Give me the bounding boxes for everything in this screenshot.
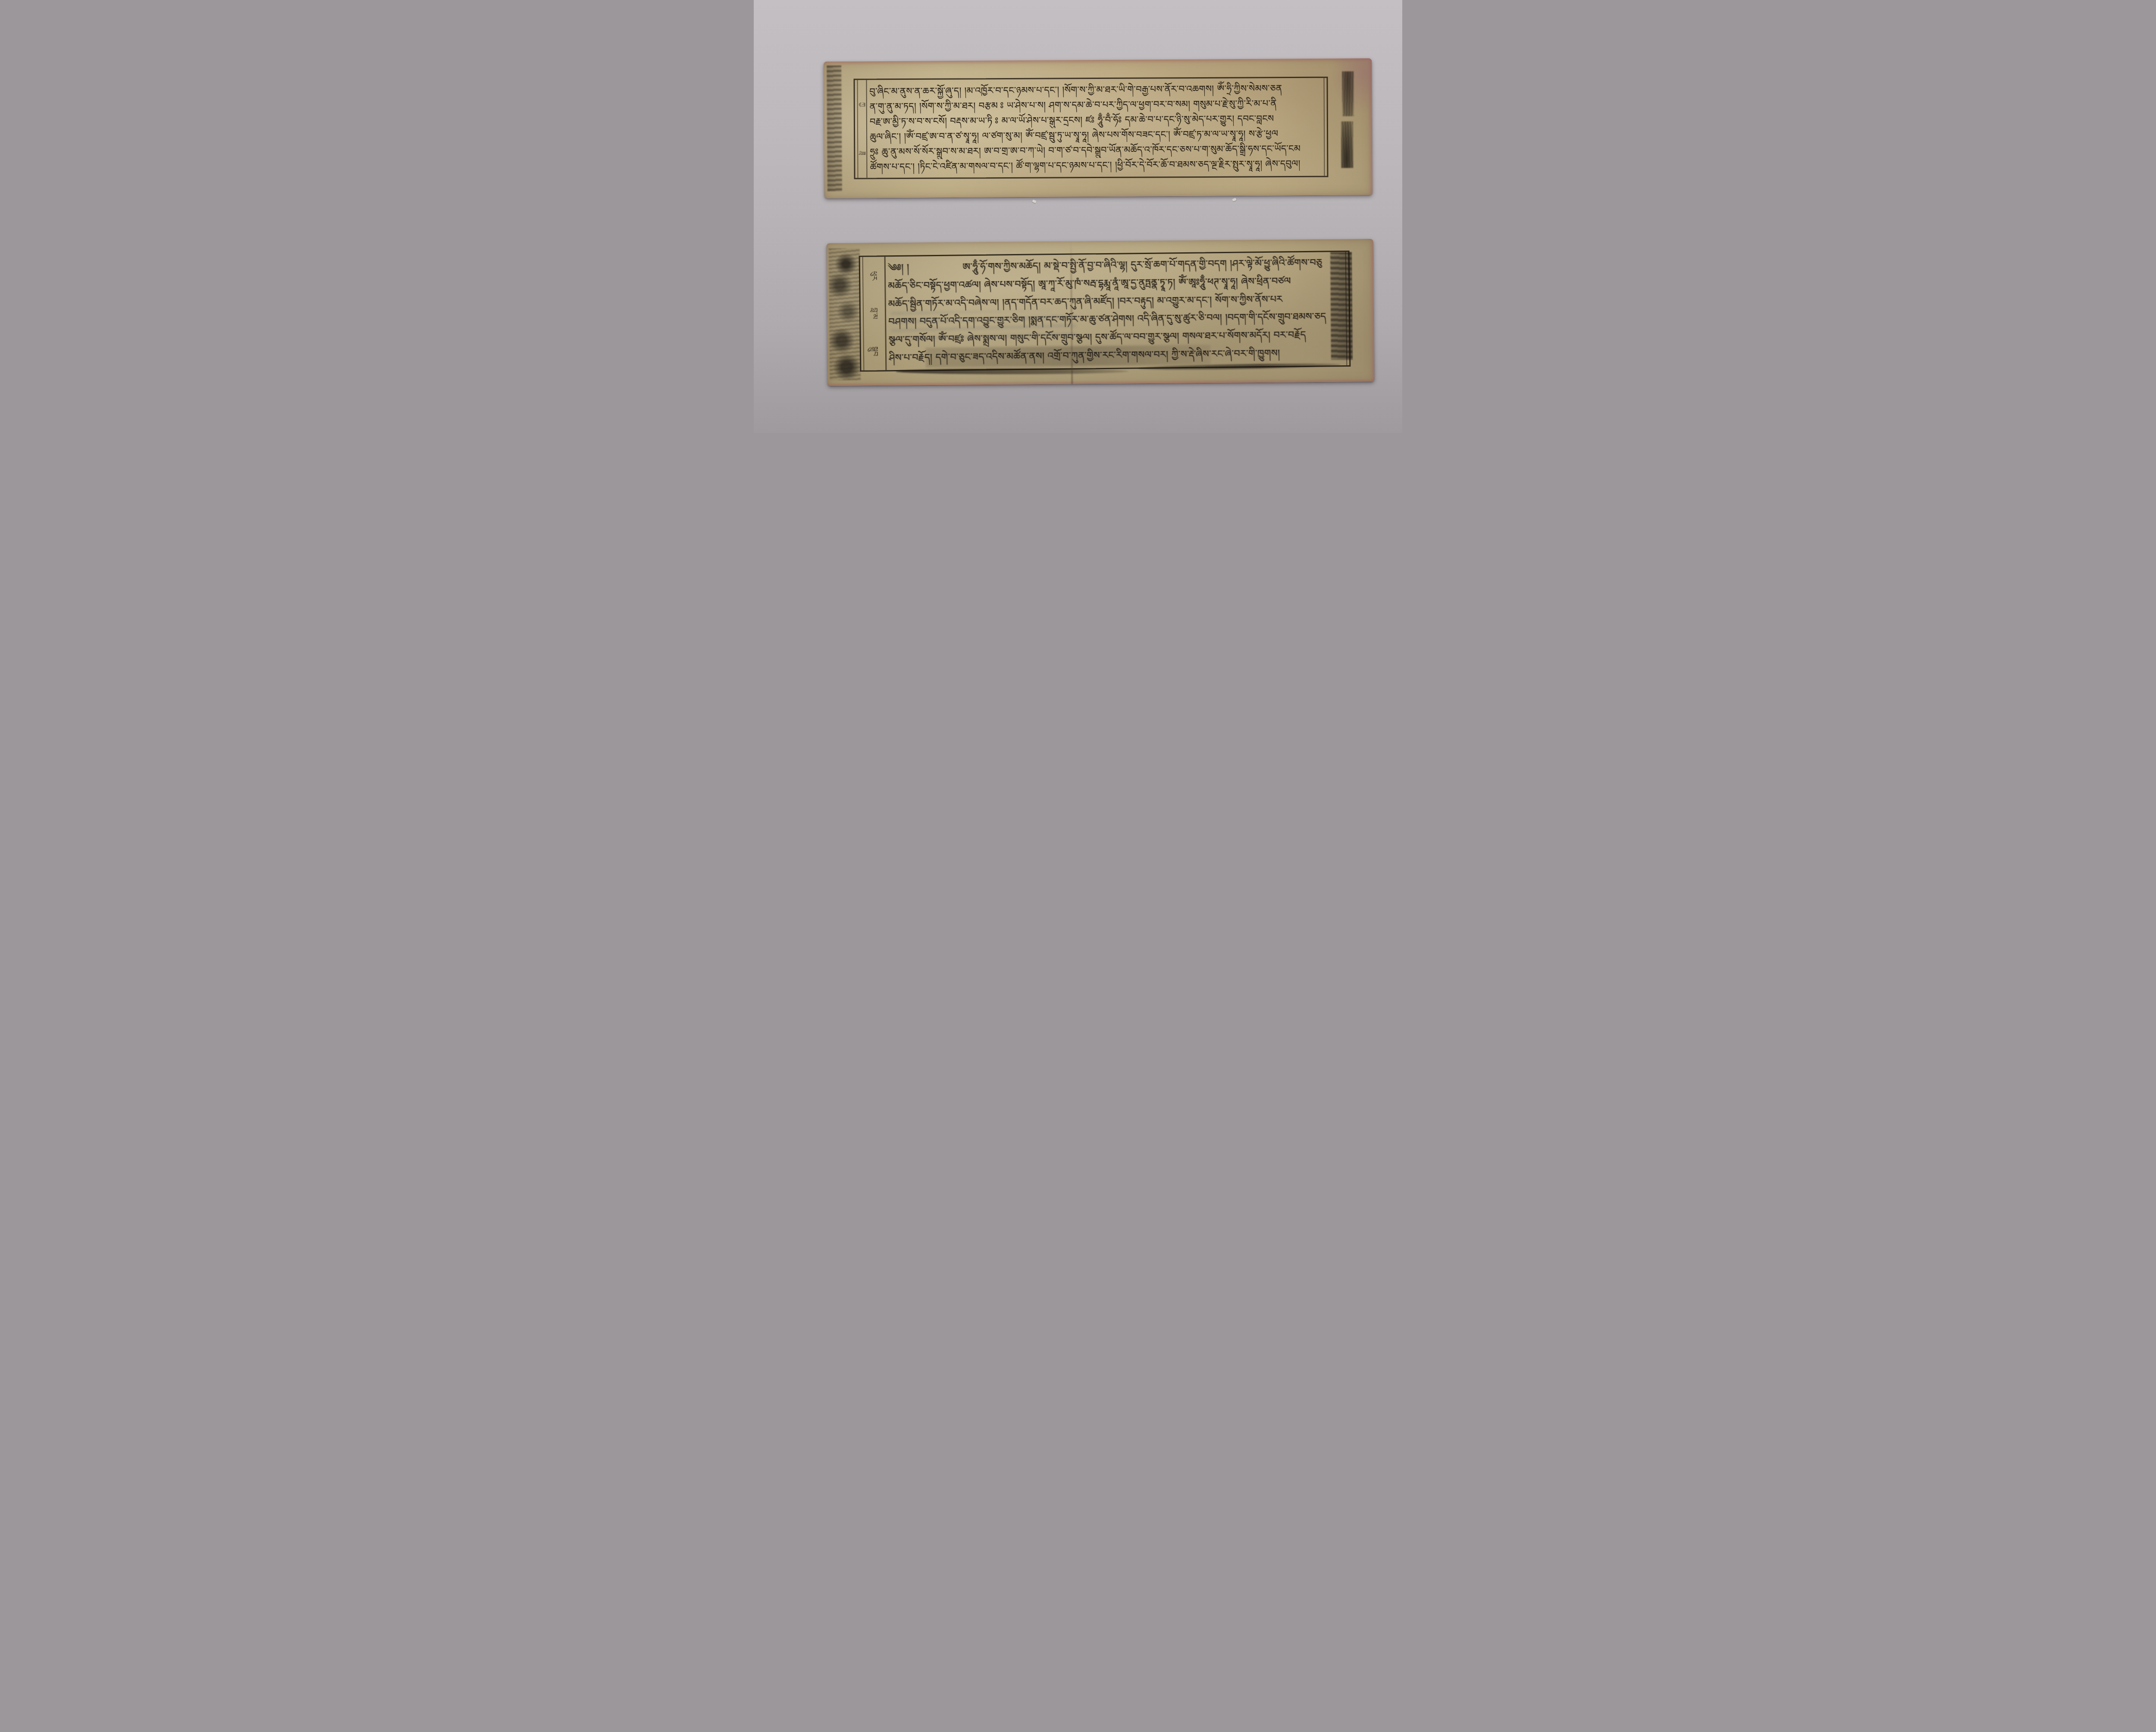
margin-title-text: ཀྱ — [855, 102, 868, 107]
red-edge-tint — [824, 58, 1372, 66]
margin-title-column: ཀྱ ཟླ — [855, 80, 868, 178]
margin-title-text: བླ་མ — [862, 308, 883, 320]
margin-title-text: སྒྲུབ — [863, 346, 884, 356]
yig-mgo-head-mark: ༄༅། ། — [888, 263, 909, 274]
binding-thread-fragment — [1032, 199, 1037, 203]
text-line: ཚོགས་པ་དང་། །ཏིང་ངེ་འཛིན་མ་གསལ་བ་དང་། ཚོ… — [870, 156, 1323, 175]
text-line: ཨ་ཧཱུྃ་ཧོ་གས་ཀྱིས་མཆོད། མ་སྡེ་བ་སྤྱི་ནོ་… — [962, 257, 1322, 273]
pecha-leaf-upper: ཀྱ ཟླ བུ་ཞིང་མ་ནུས་ན་ཆར་སྐྱོ་ཞུ་ད། །མ་འཁ… — [824, 58, 1373, 198]
pecha-leaf-lower: ཕུར བླ་མ སྒྲུབ ༄༅། །ཨ་ཧཱུྃ་ཧོ་གས་ཀྱིས་མཆ… — [827, 239, 1375, 386]
frame-inner-line — [1323, 78, 1325, 176]
first-line-indent — [912, 270, 962, 270]
margin-title-text: ཕུར — [862, 271, 883, 280]
ink-smudge-block — [1342, 71, 1354, 116]
ink-smudge-block — [1341, 121, 1354, 168]
red-edge-tint — [1369, 239, 1375, 382]
ink-offset-band — [827, 66, 842, 191]
binding-thread-fragment — [1232, 198, 1237, 202]
photo-backdrop: ཀྱ ཟླ བུ་ཞིང་མ་ནུས་ན་ཆར་སྐྱོ་ཞུ་ད། །མ་འཁ… — [754, 0, 1402, 433]
ink-blotch-band — [829, 248, 861, 380]
margin-title-column: ཕུར བླ་མ སྒྲུབ — [860, 257, 887, 370]
frame-inner-line — [1345, 252, 1347, 365]
text-block: བུ་ཞིང་མ་ནུས་ན་ཆར་སྐྱོ་ཞུ་ད། །མ་འཁྱོར་བ་… — [869, 81, 1323, 175]
text-block: ༄༅། །ཨ་ཧཱུྃ་ཧོ་གས་ཀྱིས་མཆོད། མ་སྡེ་བ་སྤྱ… — [887, 254, 1344, 367]
printed-text-frame: ཀྱ ཟླ བུ་ཞིང་མ་ནུས་ན་ཆར་སྐྱོ་ཞུ་ད། །མ་འཁ… — [853, 77, 1328, 179]
red-edge-tint — [827, 378, 1374, 386]
corner-stain — [1331, 58, 1372, 115]
printed-text-frame: ཕུར བླ་མ སྒྲུབ ༄༅། །ཨ་ཧཱུྃ་ཧོ་གས་ཀྱིས་མཆ… — [859, 251, 1351, 372]
margin-title-text: ཟླ — [855, 151, 868, 155]
red-edge-tint — [1367, 58, 1373, 195]
